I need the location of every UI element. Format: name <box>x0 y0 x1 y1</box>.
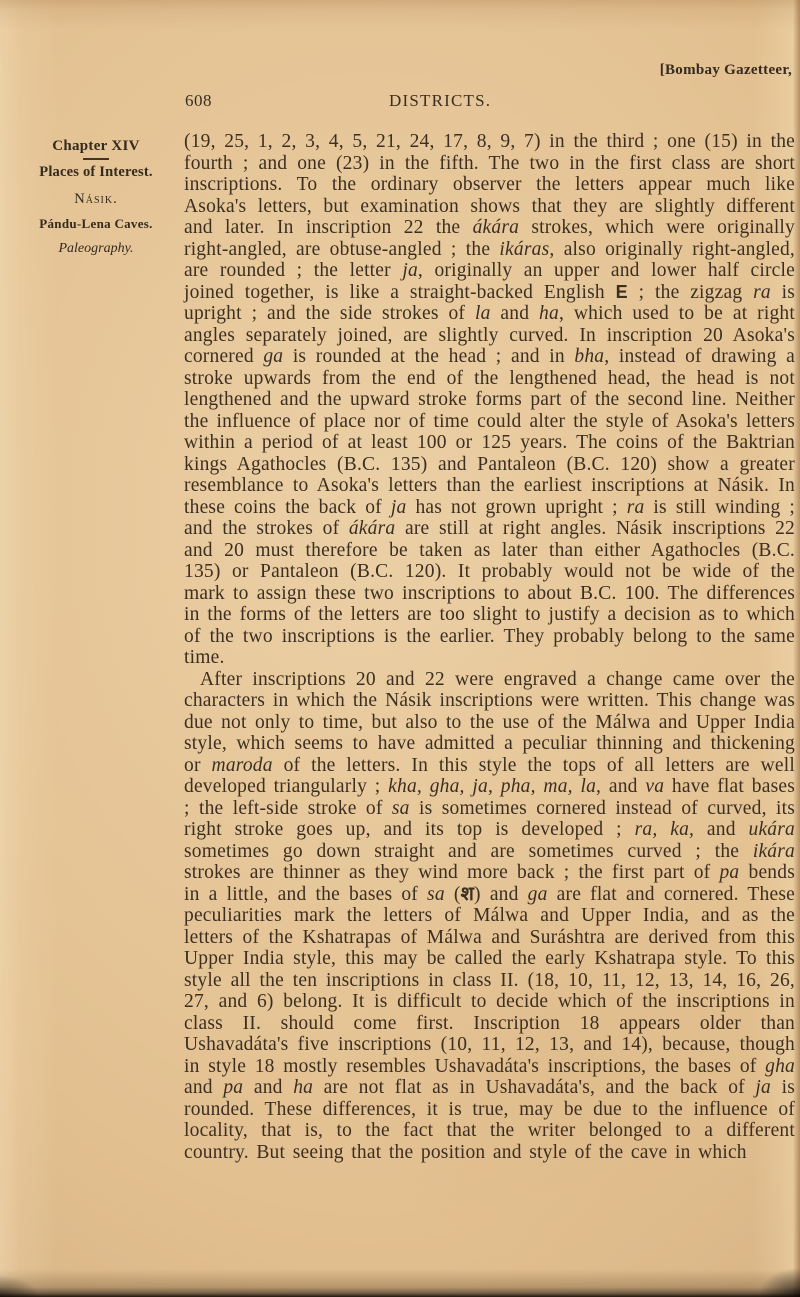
text-segment: has not grown upright ; <box>406 497 626 518</box>
margin-section-heading: Places of Interest. <box>14 164 178 181</box>
text-segment: pa <box>223 1077 243 1098</box>
text-segment: gha <box>765 1056 795 1077</box>
text-segment: ja <box>391 497 407 518</box>
text-segment: ga <box>263 346 283 367</box>
text-segment: and <box>184 1077 223 1098</box>
running-title: DISTRICTS. <box>389 91 491 111</box>
paragraph: (19, 25, 1, 2, 3, 4, 5, 21, 24, 17, 8, 9… <box>184 131 795 669</box>
text-segment: la <box>475 303 491 324</box>
text-segment: and <box>601 776 645 797</box>
text-segment: ha <box>293 1077 313 1098</box>
margin-place-heading: Násik. <box>14 191 178 208</box>
text-segment: is rounded at the head ; and in <box>283 346 574 367</box>
paragraph: After inscriptions 20 and 22 were engrav… <box>184 669 795 1164</box>
header-imprint: [Bombay Gazetteer, <box>660 62 792 79</box>
book-page: [Bombay Gazetteer, 608 DISTRICTS. Chapte… <box>0 0 800 1297</box>
margin-chapter-heading: Chapter XIV <box>14 138 178 155</box>
text-segment: ( <box>445 884 461 905</box>
text-segment: and <box>243 1077 293 1098</box>
text-segment: kha, gha, ja, pha, ma, la, <box>388 776 601 797</box>
text-segment: pa <box>719 862 739 883</box>
text-segment: ja <box>402 260 418 281</box>
text-segment: sa <box>427 884 445 905</box>
text-segment: strokes are thinner as they wind more ba… <box>184 862 719 883</box>
text-segment: va <box>645 776 664 797</box>
text-segment: ikáras, <box>499 239 554 260</box>
text-segment: sa <box>392 798 410 819</box>
text-segment: ikára <box>753 841 795 862</box>
text-segment: ha <box>539 303 559 324</box>
text-segment: E <box>616 282 628 302</box>
text-segment: ra <box>753 282 771 303</box>
body-text: (19, 25, 1, 2, 3, 4, 5, 21, 24, 17, 8, 9… <box>184 131 795 1163</box>
text-segment: ; the zigzag <box>628 282 753 303</box>
margin-subplace-heading: Pándu-Lena Caves. <box>14 216 178 232</box>
text-segment: are flat and cornered. These peculiariti… <box>184 884 795 1077</box>
text-segment: ra <box>627 497 645 518</box>
text-segment: , instead of drawing a stroke upwards fr… <box>184 346 795 518</box>
text-segment: and <box>694 819 748 840</box>
margin-notes: Chapter XIV Places of Interest. Násik. P… <box>14 138 178 257</box>
chapter-rule <box>83 158 109 160</box>
text-segment: ja <box>755 1077 771 1098</box>
text-segment: ga <box>528 884 548 905</box>
text-segment: ukára <box>749 819 796 840</box>
text-segment: ákára <box>349 518 396 539</box>
text-segment: sometimes go down straight and are somet… <box>184 841 753 862</box>
text-segment: ) and <box>474 884 528 905</box>
page-number: 608 <box>185 91 212 111</box>
text-segment: and <box>491 303 539 324</box>
text-segment: bha <box>574 346 604 367</box>
text-segment: ákára <box>473 217 520 238</box>
margin-topic-heading: Paleography. <box>14 241 178 257</box>
text-segment: ra, ka, <box>635 819 695 840</box>
devanagari-sha-glyph: श <box>461 884 474 905</box>
text-segment: are still at right angles. Násik inscrip… <box>184 518 795 668</box>
text-segment: maroda <box>212 755 273 776</box>
text-segment: are not flat as in Ushavadáta's, and the… <box>313 1077 755 1098</box>
